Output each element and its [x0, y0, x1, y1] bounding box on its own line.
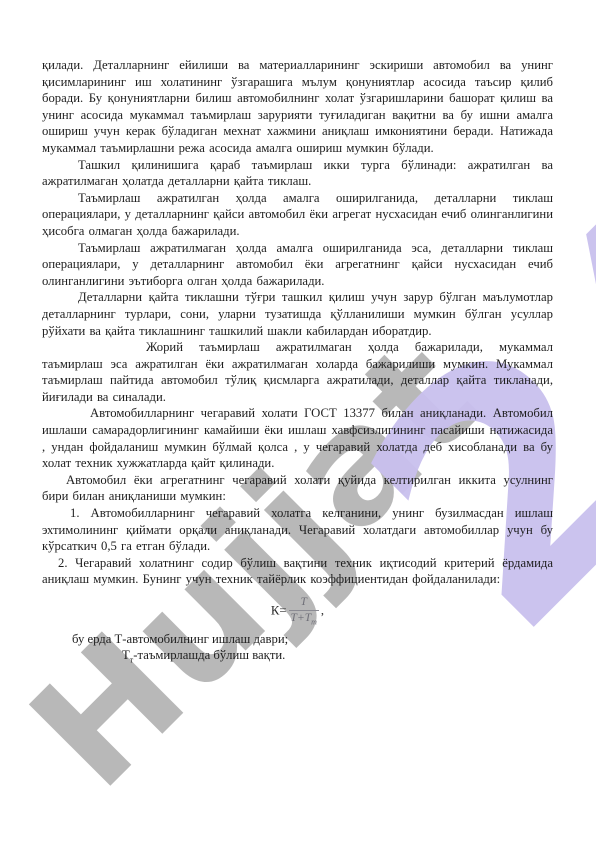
paragraph: Жорий таъмирлаш ажратилмаган ҳолда бажар…	[42, 339, 553, 405]
paragraph: 2. Чегаравий холатнинг содир бўлиш вақти…	[42, 555, 553, 588]
formula-legend-definition: -таъмирлашда бўлиш вақти.	[133, 648, 285, 662]
document-content: қилади. Деталларнинг ейилиши ва материал…	[0, 0, 596, 669]
paragraph: Таъмирлаш ажратилган ҳолда амалга оширил…	[42, 190, 553, 240]
formula-legend-term: Т	[122, 648, 130, 662]
formula-fraction: ТТ+Тт	[289, 596, 319, 627]
formula-denominator: Т+Тт	[289, 611, 319, 627]
formula-denominator-subscript: т	[311, 617, 317, 626]
formula-legend: бу ерда Т-автомобилнинг ишлаш даври; Тт-…	[42, 631, 553, 670]
formula-numerator: Т	[289, 596, 319, 611]
formula-lhs: К=	[271, 603, 287, 617]
paragraph: Ташкил қилинишига қараб таъмирлаш икки т…	[42, 157, 553, 190]
paragraph: Деталларни қайта тиклашни тўғри ташкил қ…	[42, 289, 553, 339]
formula-legend-line-1: бу ерда Т-автомобилнинг ишлаш даври;	[72, 631, 553, 648]
formula-legend-line-2: Тт-таъмирлашда бўлиш вақти.	[122, 647, 553, 669]
paragraph: Автомобилларнинг чегаравий холати ГОСТ 1…	[42, 405, 553, 471]
formula-trailing-comma: ,	[321, 603, 324, 617]
formula-denominator-main: Т+Т	[291, 612, 312, 624]
paragraph: қилади. Деталларнинг ейилиши ва материал…	[42, 57, 553, 157]
formula: К=ТТ+Тт,	[42, 596, 553, 627]
paragraph: Автомобил ёки агрегатнинг чегаравий хола…	[42, 472, 553, 505]
paragraphs: қилади. Деталларнинг ейилиши ва материал…	[42, 57, 553, 588]
paragraph: 1. Автомобилларнинг чегаравий холатга ке…	[42, 505, 553, 555]
document-page: Hujjat 24 қилади. Деталларнинг ейилиши в…	[0, 0, 596, 842]
paragraph: Таъмирлаш ажратилмаган ҳолда амалга ошир…	[42, 240, 553, 290]
